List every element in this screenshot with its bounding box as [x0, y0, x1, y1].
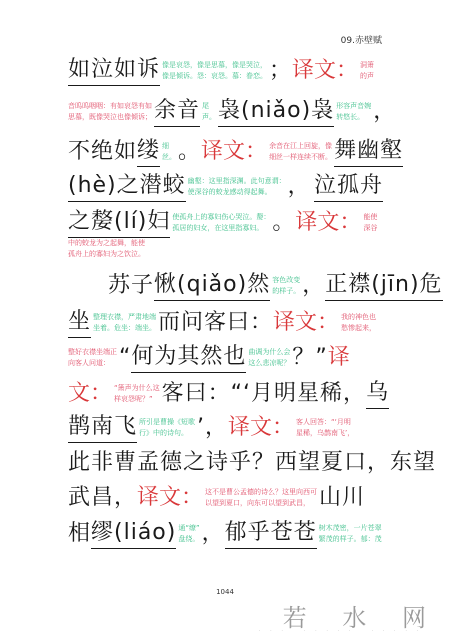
- term: 鹊南飞: [68, 412, 137, 443]
- term: 如泣如诉: [68, 55, 160, 86]
- translation: 中的蛟龙为之起舞，能使孤舟上的寡妇为之饮泣。: [68, 238, 145, 260]
- translation: 整好衣襟坐端正向客人问道：: [68, 347, 117, 369]
- translation-label: 译文：: [201, 137, 267, 167]
- text-line-3: 不绝如 缕 细丝。 。 译文： 余音在江上回旋，像细丝一样连续不断。 舞幽壑: [68, 136, 383, 167]
- text: 不绝如: [68, 137, 137, 167]
- gloss: 容色改变的样子。: [272, 275, 300, 297]
- chapter-header: 09.赤壁赋: [341, 33, 382, 46]
- text: 相: [68, 519, 91, 549]
- text: 此非曹孟德之诗乎？西望夏口，东望: [68, 448, 436, 478]
- translation-label: 译文：: [137, 483, 203, 513]
- gloss: 整理衣襟，严肃地端坐着。危坐：端坐。: [93, 312, 156, 334]
- gloss: 像是哀怨，像是思慕，像是哭泣，像是倾诉。怨：哀怨。慕：眷恋。: [162, 60, 267, 82]
- punctuation: ，: [288, 172, 311, 202]
- text-line-7: 苏子 愀(qiǎo)然 容色改变的样子。 ， 正襟(jīn)危: [108, 270, 383, 301]
- text-line-13: 武昌， 译文： 这不是曹公孟德的诗么？这里向西可以望到夏口，向东可以望到武昌， …: [68, 483, 383, 513]
- gloss: 通“缭”盘绕。: [178, 523, 199, 545]
- translation: 能使深谷: [363, 212, 377, 234]
- punctuation: 。: [178, 137, 201, 167]
- term: (hè)之潜蛟: [68, 171, 186, 202]
- translation: “箫声为什么这样哀怨呢？”: [114, 383, 160, 405]
- gloss: 使孤舟上的寡妇伤心哭泣。嫠：孤居的妇女，在这里指寡妇。: [172, 212, 270, 234]
- translation-label: 译文：: [228, 413, 294, 443]
- watermark-subtext: ··· ····· ·····: [259, 628, 428, 633]
- translation-label: 译文：: [295, 208, 361, 238]
- punctuation: ，: [373, 97, 396, 127]
- text: 山川: [319, 483, 365, 513]
- translation-label: 文：: [68, 379, 112, 409]
- term: 之嫠(lí)妇: [68, 207, 170, 238]
- text-line-4: (hè)之潜蛟 幽壑：这里指深渊。此句意谓：使深谷的蛟龙感动得起舞。 ， 泣孤舟: [68, 171, 383, 202]
- gloss: 曲调为什么会这么悲凉呢？: [248, 347, 290, 369]
- gloss: 尾声。: [202, 101, 216, 123]
- text: 苏子: [108, 271, 154, 301]
- term: 袅(niǎo)袅: [218, 96, 334, 127]
- translation: 洞箫的声: [360, 60, 374, 82]
- translation: 客人回答：“‘月明星稀，乌鹊南飞’，: [296, 417, 354, 439]
- punctuation: ；: [269, 56, 292, 86]
- term: 何为其然也: [131, 342, 246, 373]
- text-line-11: 鹊南飞 所引是曹操《短歌行》中的诗句。 ’， 译文： 客人回答：“‘月明星稀，乌…: [68, 412, 383, 443]
- punctuation: ’，: [197, 413, 228, 443]
- term: 缪(liáo): [91, 518, 176, 549]
- close-quote: ？”: [292, 343, 327, 373]
- text-line-1: 如泣如诉 像是哀怨，像是思慕，像是哭泣，像是倾诉。怨：哀怨。慕：眷恋。 ； 译文…: [68, 55, 383, 86]
- gloss: 幽壑：这里指深渊。此句意谓：使深谷的蛟龙感动得起舞。: [188, 176, 286, 198]
- text: 而问客曰：: [158, 308, 273, 338]
- term: 舞幽壑: [334, 136, 403, 167]
- translation-label: 译: [328, 343, 350, 373]
- text: 武昌，: [68, 483, 137, 513]
- gloss: 所引是曹操《短歌行》中的诗句。: [139, 417, 195, 439]
- term: 余音: [154, 96, 200, 127]
- text-line-2: 音呜呜咽咽：有如哀怨有如思慕，既像哭泣也像倾诉； 余音 尾声。 袅(niǎo)袅…: [68, 96, 383, 127]
- text-line-12: 此非曹孟德之诗乎？西望夏口，东望: [68, 448, 383, 478]
- page-number: 1044: [0, 588, 450, 596]
- text: 客曰：“‘月明星稀，: [162, 379, 366, 409]
- term: 正襟(jīn)危: [325, 270, 442, 301]
- gloss: 形容声音婉转悠长。: [336, 101, 371, 123]
- term: 泣孤舟: [314, 171, 383, 202]
- term: 缕: [137, 136, 160, 167]
- term: 郁乎苍苍: [225, 518, 317, 549]
- text-line-5: 之嫠(lí)妇 使孤舟上的寡妇伤心哭泣。嫠：孤居的妇女，在这里指寡妇。 。 译文…: [68, 207, 383, 238]
- text-line-8: 坐 整理衣襟，严肃地端坐着。危坐：端坐。 而问客曰： 译文： 我的神色也愁惨起来…: [68, 307, 383, 338]
- term: 乌: [366, 378, 389, 409]
- translation: 余音在江上回旋，像细丝一样连续不断。: [269, 141, 332, 163]
- translation: 音呜呜咽咽：有如哀怨有如思慕，既像哭泣也像倾诉；: [68, 101, 152, 123]
- punctuation: ，: [202, 519, 225, 549]
- term: 坐: [68, 307, 91, 338]
- translation-label: 译文：: [273, 308, 339, 338]
- translation: 这不是曹公孟德的诗么？这里向西可以望到夏口，向东可以望到武昌，: [205, 487, 317, 509]
- text-line-10: 文： “箫声为什么这样哀怨呢？” 客曰：“‘月明星稀， 乌: [68, 378, 383, 409]
- translation: 我的神色也愁惨起来，: [341, 312, 376, 334]
- text-line-14: 相 缪(liáo) 通“缭”盘绕。 ， 郁乎苍苍 树木茂密，一片苍翠繁茂的样子。…: [68, 518, 383, 549]
- open-quote: “: [119, 343, 131, 373]
- gloss: 树木茂密，一片苍翠繁茂的样子。郁：茂: [319, 523, 382, 545]
- text-line-6: 中的蛟龙为之起舞，能使孤舟上的寡妇为之饮泣。: [68, 238, 383, 260]
- punctuation: ，: [302, 271, 325, 301]
- punctuation: 。: [272, 208, 295, 238]
- text-line-9: 整好衣襟坐端正向客人问道： “ 何为其然也 曲调为什么会这么悲凉呢？ ？” 译: [68, 342, 383, 373]
- translation-label: 译文：: [292, 56, 358, 86]
- gloss: 细丝。: [162, 141, 176, 163]
- term: 愀(qiǎo)然: [154, 270, 270, 301]
